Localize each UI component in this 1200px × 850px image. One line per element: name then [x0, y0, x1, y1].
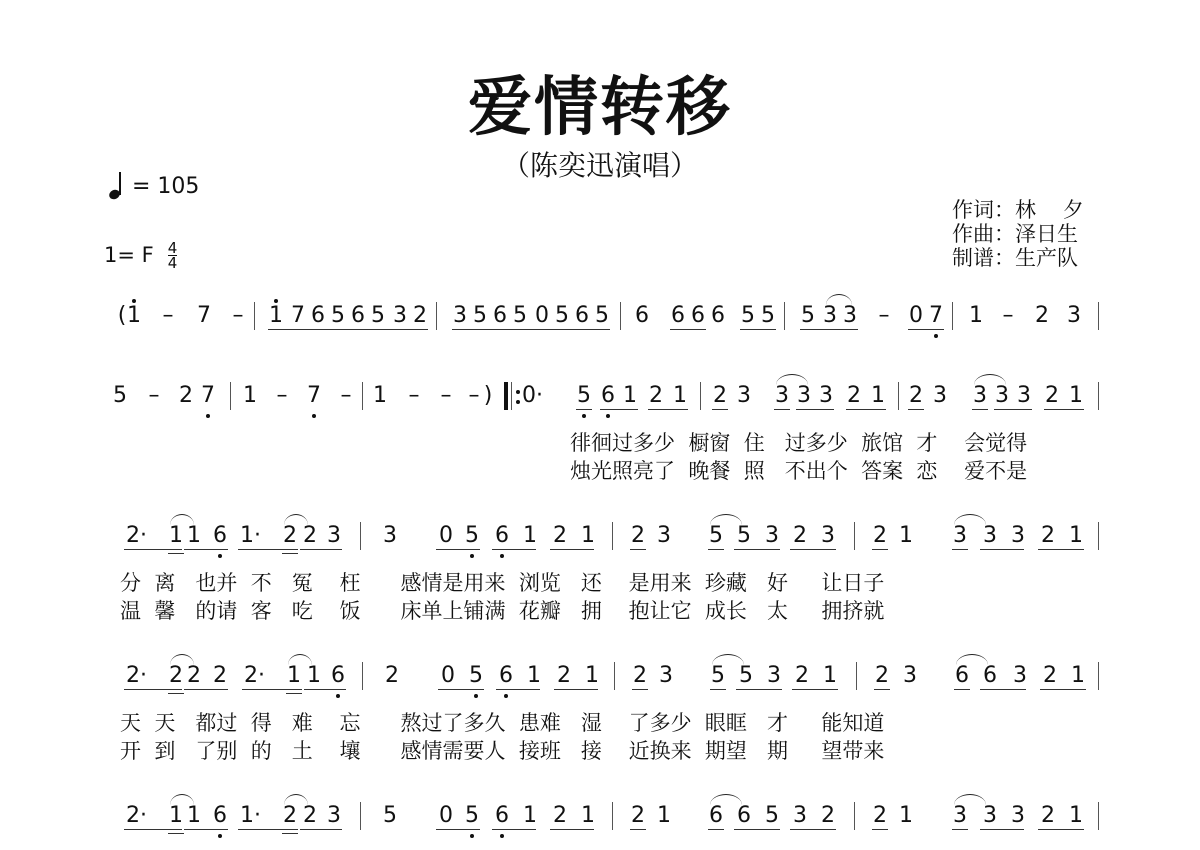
eighth-underline	[994, 409, 1032, 410]
eighth-underline	[242, 689, 302, 690]
eighth-underline	[184, 549, 228, 550]
quarter-note-icon	[106, 172, 132, 202]
sixteenth-underline	[286, 693, 302, 694]
note: 3	[952, 803, 968, 829]
eighth-underline	[952, 549, 968, 550]
note: 6	[954, 663, 970, 689]
eighth-underline	[184, 829, 228, 830]
note: 2	[302, 523, 318, 549]
eighth-underline	[630, 549, 646, 550]
note: –	[230, 303, 246, 329]
low-octave-dot	[606, 414, 610, 418]
note: )	[480, 383, 496, 409]
note: 2	[412, 303, 428, 329]
tie-arc	[956, 654, 988, 665]
note: 5	[708, 523, 724, 549]
eighth-underline	[300, 549, 342, 550]
eighth-underline	[670, 329, 706, 330]
low-octave-dot	[218, 834, 222, 838]
note: 3	[764, 523, 780, 549]
lyric-line: 天 天 都过 得 难 忘 熬过了多久 患难 湿 了多少 眼眶 才 能知道	[120, 710, 884, 736]
eighth-underline	[600, 409, 638, 410]
tempo-value: = 105	[132, 172, 199, 202]
low-octave-dot	[218, 554, 222, 558]
note: 2	[632, 663, 648, 689]
note: 6	[492, 303, 508, 329]
note: 5	[464, 803, 480, 829]
note: 5	[112, 383, 128, 409]
eighth-underline	[872, 829, 888, 830]
eighth-underline	[874, 689, 890, 690]
eighth-underline	[792, 689, 838, 690]
lyric-line: 开 到 了别 的 土 壤 感情需要人 接班 接 近换来 期望 期 望带来	[120, 738, 884, 764]
eighth-underline	[238, 829, 298, 830]
low-octave-dot	[474, 694, 478, 698]
barline	[1098, 302, 1099, 330]
note: 3	[842, 303, 858, 329]
note: 6	[498, 663, 514, 689]
eighth-underline	[800, 329, 858, 330]
note: 3	[796, 383, 812, 409]
eighth-underline	[790, 829, 836, 830]
tie-arc	[712, 654, 744, 665]
sixteenth-underline	[168, 693, 184, 694]
note: 0	[908, 303, 924, 329]
note: 1	[186, 523, 202, 549]
sixteenth-underline	[282, 553, 298, 554]
note: 5	[710, 663, 726, 689]
tie-arc	[954, 794, 986, 805]
note: 1	[580, 803, 596, 829]
note: 0	[438, 803, 454, 829]
note: 1	[526, 663, 542, 689]
eighth-underline	[1038, 829, 1084, 830]
note: 1	[522, 523, 538, 549]
barline	[360, 522, 361, 550]
note: 0	[440, 663, 456, 689]
note: 1	[898, 523, 914, 549]
note: 3	[656, 523, 672, 549]
note: 5	[472, 303, 488, 329]
low-octave-dot	[500, 834, 504, 838]
eighth-underline	[908, 329, 944, 330]
note: 2	[794, 663, 810, 689]
barline	[360, 802, 361, 830]
tie-arc	[974, 374, 1006, 385]
note: 6	[710, 303, 726, 329]
note: 6	[634, 303, 650, 329]
note: 1·	[240, 803, 268, 829]
note: 6	[574, 303, 590, 329]
note: 2·	[126, 663, 154, 689]
note: 2	[552, 523, 568, 549]
note: 0·	[522, 383, 550, 409]
note: 2	[846, 383, 862, 409]
eighth-underline	[238, 549, 298, 550]
note: 2	[556, 663, 572, 689]
note: 5	[576, 383, 592, 409]
eighth-underline	[438, 689, 484, 690]
lyric-line: 徘徊过多少 橱窗 住 过多少 旅馆 才 会觉得	[570, 430, 1027, 456]
note: 1	[268, 303, 284, 329]
note: 3	[982, 803, 998, 829]
eighth-underline	[710, 689, 726, 690]
barline	[1098, 382, 1099, 410]
note: 3	[932, 383, 948, 409]
eighth-underline	[952, 829, 968, 830]
note: 1	[898, 803, 914, 829]
note: 6	[708, 803, 724, 829]
note: 3	[982, 523, 998, 549]
note: –	[406, 383, 422, 409]
barline	[620, 302, 621, 330]
repeat-barline-thin	[511, 382, 512, 410]
note: 1	[580, 523, 596, 549]
barline	[898, 382, 899, 410]
eighth-underline	[734, 829, 780, 830]
eighth-underline	[980, 549, 1024, 550]
tie-arc	[170, 794, 194, 805]
eighth-underline	[436, 549, 480, 550]
note: 3	[736, 383, 752, 409]
tie-arc	[284, 514, 308, 525]
note: 3	[1012, 663, 1028, 689]
lyric-line: 分 离 也并 不 冤 枉 感情是用来 浏览 还 是用来 珍藏 好 让日子	[120, 570, 884, 596]
note: 3	[1066, 303, 1082, 329]
note: 6	[350, 303, 366, 329]
eighth-underline	[1040, 689, 1086, 690]
note: 1	[656, 803, 672, 829]
barline	[854, 522, 855, 550]
eighth-underline	[736, 689, 782, 690]
eighth-underline	[872, 549, 888, 550]
low-octave-dot	[206, 414, 210, 418]
low-octave-dot	[504, 694, 508, 698]
barline	[1098, 522, 1099, 550]
lyric-line: 温 馨 的请 客 吃 饭 床单上铺满 花瓣 拥 抱让它 成长 太 拥挤就	[120, 598, 884, 624]
low-octave-dot	[500, 554, 504, 558]
eighth-underline	[496, 689, 540, 690]
barline	[362, 382, 363, 410]
barline	[784, 302, 785, 330]
tie-arc	[710, 794, 742, 805]
note: 3	[994, 383, 1010, 409]
eighth-underline	[1044, 409, 1084, 410]
note: 3	[774, 383, 790, 409]
eighth-underline	[846, 409, 886, 410]
eighth-underline	[576, 409, 592, 410]
credit-composer: 作曲：泽日生	[952, 222, 1084, 246]
eighth-underline	[774, 409, 790, 410]
note: 7	[306, 383, 322, 409]
high-octave-dot	[132, 299, 136, 303]
note: 6	[212, 523, 228, 549]
note: 1	[186, 803, 202, 829]
eighth-underline	[550, 549, 594, 550]
note: 3	[792, 803, 808, 829]
time-signature-bottom: 4	[168, 256, 178, 270]
note: 3	[1010, 523, 1026, 549]
note: 1	[286, 663, 302, 689]
tempo-marking: = 105	[106, 172, 199, 202]
eighth-underline	[304, 689, 346, 690]
eighth-underline	[436, 829, 480, 830]
note: 3	[820, 523, 836, 549]
note: 6	[600, 383, 616, 409]
credit-lyricist: 作词：林 夕	[952, 198, 1084, 222]
tie-arc	[954, 514, 986, 525]
note: 1	[968, 303, 984, 329]
tie-arc	[710, 514, 742, 525]
note: 6	[330, 663, 346, 689]
note: 2	[792, 523, 808, 549]
eighth-underline	[708, 549, 724, 550]
note: 0	[438, 523, 454, 549]
credits: 作词：林 夕 作曲：泽日生 制谱：生产队	[952, 198, 1084, 270]
eighth-underline	[550, 829, 594, 830]
note: 6	[690, 303, 706, 329]
eighth-underline	[708, 829, 724, 830]
low-octave-dot	[336, 694, 340, 698]
note: 2	[1034, 303, 1050, 329]
note: 1	[622, 383, 638, 409]
note: 5	[764, 803, 780, 829]
note: –	[274, 383, 290, 409]
note: 1	[168, 523, 184, 549]
note: 1	[822, 663, 838, 689]
note: 1	[1068, 523, 1084, 549]
note: 5	[382, 803, 398, 829]
note: 2	[282, 803, 298, 829]
note: 2	[302, 803, 318, 829]
note: 5	[738, 663, 754, 689]
note: 2	[282, 523, 298, 549]
note: –	[146, 383, 162, 409]
eighth-underline	[452, 329, 610, 330]
eighth-underline	[908, 409, 924, 410]
note: 5	[464, 523, 480, 549]
note: 6	[670, 303, 686, 329]
note: 5	[330, 303, 346, 329]
eighth-underline	[1038, 549, 1084, 550]
note: 3	[818, 383, 834, 409]
lyric-line: 烛光照亮了 晚餐 照 不出个 答案 恋 爱不是	[570, 458, 1027, 484]
low-octave-dot	[312, 414, 316, 418]
eighth-underline	[630, 829, 646, 830]
eighth-underline	[972, 409, 988, 410]
note: 1	[126, 303, 142, 329]
eighth-underline	[712, 409, 728, 410]
note: –	[160, 303, 176, 329]
note: 5	[736, 523, 752, 549]
note: 7	[290, 303, 306, 329]
barline	[1098, 802, 1099, 830]
eighth-underline	[184, 689, 228, 690]
note: 7	[928, 303, 944, 329]
barline	[230, 382, 231, 410]
barline	[952, 302, 953, 330]
note: 2	[630, 803, 646, 829]
eighth-underline	[124, 549, 182, 550]
note: –	[1000, 303, 1016, 329]
barline	[856, 662, 857, 690]
note: 5	[370, 303, 386, 329]
eighth-underline	[492, 549, 536, 550]
note: 5	[512, 303, 528, 329]
note: 2·	[126, 523, 154, 549]
note: 1	[584, 663, 600, 689]
tie-arc	[284, 794, 308, 805]
barline	[254, 302, 255, 330]
note: 2	[212, 663, 228, 689]
note: 6	[212, 803, 228, 829]
note: 2·	[126, 803, 154, 829]
note: 5	[554, 303, 570, 329]
note: 3	[392, 303, 408, 329]
note: –	[338, 383, 354, 409]
barline	[612, 802, 613, 830]
note: 2	[384, 663, 400, 689]
note: 2	[908, 383, 924, 409]
barline	[362, 662, 363, 690]
credit-transcriber: 制谱：生产队	[952, 246, 1084, 270]
note: 2	[874, 663, 890, 689]
note: 2	[1040, 523, 1056, 549]
note: 1	[522, 803, 538, 829]
key-label: 1= F	[104, 240, 154, 270]
note: 3	[658, 663, 674, 689]
barline	[436, 302, 437, 330]
low-octave-dot	[470, 834, 474, 838]
note: 1	[1068, 803, 1084, 829]
note: 3	[452, 303, 468, 329]
note: 2	[178, 383, 194, 409]
note: 1·	[240, 523, 268, 549]
eighth-underline	[796, 409, 834, 410]
low-octave-dot	[934, 334, 938, 338]
note: 2	[648, 383, 664, 409]
note: 1	[372, 383, 388, 409]
note: 1	[1070, 663, 1086, 689]
high-octave-dot	[274, 299, 278, 303]
key-signature: 1= F 4 4	[104, 240, 177, 270]
repeat-dot	[516, 400, 520, 404]
note: 3	[952, 523, 968, 549]
sixteenth-underline	[168, 553, 184, 554]
sixteenth-underline	[282, 833, 298, 834]
note: 6	[736, 803, 752, 829]
eighth-underline	[954, 689, 970, 690]
repeat-dot	[516, 390, 520, 394]
eighth-underline	[648, 409, 688, 410]
barline	[612, 522, 613, 550]
sixteenth-underline	[168, 833, 184, 834]
note: 3	[822, 303, 838, 329]
eighth-underline	[554, 689, 598, 690]
barline	[614, 662, 615, 690]
note: 6	[494, 803, 510, 829]
note: 6	[982, 663, 998, 689]
note: 1	[870, 383, 886, 409]
note: 6	[494, 523, 510, 549]
note: 2	[872, 803, 888, 829]
eighth-underline	[740, 329, 776, 330]
note: 1	[1068, 383, 1084, 409]
barline	[854, 802, 855, 830]
eighth-underline	[300, 829, 342, 830]
note: 5	[468, 663, 484, 689]
note: 2	[1044, 383, 1060, 409]
note: 2	[552, 803, 568, 829]
eighth-underline	[734, 549, 780, 550]
eighth-underline	[124, 689, 182, 690]
note: 3	[1016, 383, 1032, 409]
note: 2	[168, 663, 184, 689]
note: 3	[326, 803, 342, 829]
note: 5	[800, 303, 816, 329]
tie-arc	[170, 654, 194, 665]
note: 1	[242, 383, 258, 409]
eighth-underline	[632, 689, 648, 690]
low-octave-dot	[470, 554, 474, 558]
eighth-underline	[124, 829, 182, 830]
note: 2	[186, 663, 202, 689]
note: 3	[1010, 803, 1026, 829]
note: 2	[1042, 663, 1058, 689]
barline	[700, 382, 701, 410]
note: 3	[766, 663, 782, 689]
note: 5	[594, 303, 610, 329]
note: 3	[972, 383, 988, 409]
note: 1	[672, 383, 688, 409]
low-octave-dot	[582, 414, 586, 418]
eighth-underline	[492, 829, 536, 830]
eighth-underline	[268, 329, 428, 330]
note: 1	[306, 663, 322, 689]
tie-arc	[170, 514, 194, 525]
tie-arc	[288, 654, 312, 665]
barline	[1098, 662, 1099, 690]
note: 0	[534, 303, 550, 329]
note: 5	[740, 303, 756, 329]
song-title: 爱情转移	[0, 68, 1200, 148]
note: 2	[712, 383, 728, 409]
note: 2	[630, 523, 646, 549]
tie-arc	[826, 294, 852, 305]
note: 3	[326, 523, 342, 549]
note: 2	[1040, 803, 1056, 829]
note: 7	[200, 383, 216, 409]
note: –	[876, 303, 892, 329]
note: 5	[760, 303, 776, 329]
note: 2·	[244, 663, 272, 689]
note: 1	[168, 803, 184, 829]
time-signature: 4 4	[168, 241, 178, 270]
note: 3	[902, 663, 918, 689]
eighth-underline	[980, 689, 1026, 690]
note: 7	[196, 303, 212, 329]
note: 3	[382, 523, 398, 549]
note: 6	[310, 303, 326, 329]
repeat-barline-thick	[504, 382, 508, 410]
note: –	[438, 383, 454, 409]
note: 2	[872, 523, 888, 549]
tie-arc	[776, 374, 808, 385]
eighth-underline	[980, 829, 1024, 830]
eighth-underline	[790, 549, 836, 550]
note: 2	[820, 803, 836, 829]
